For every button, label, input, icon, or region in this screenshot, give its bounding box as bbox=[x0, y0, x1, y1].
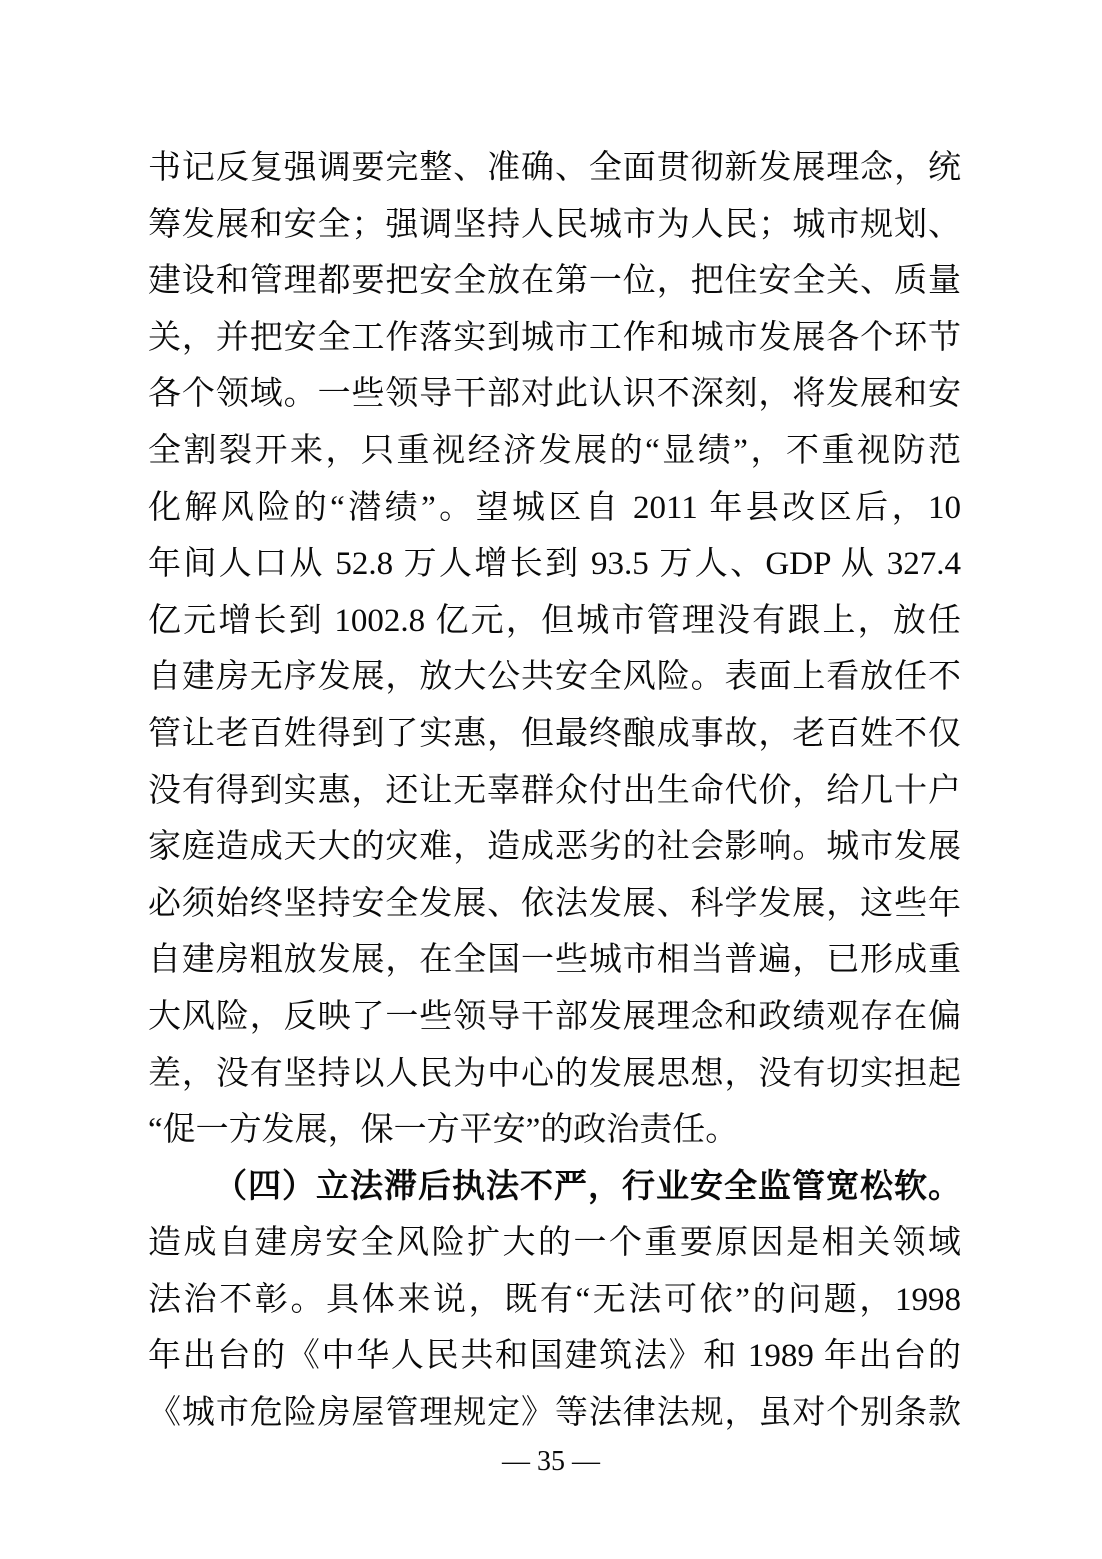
text-line: 法治不彰。具体来说，既有“无法可依”的问题，1998 bbox=[148, 1272, 961, 1329]
text-line: 没有得到实惠，还让无辜群众付出生命代价，给几十户 bbox=[148, 763, 961, 820]
text-line: 年间人口从 52.8 万人增长到 93.5 万人、GDP 从 327.4 bbox=[148, 536, 961, 593]
text-line: 自建房粗放发展，在全国一些城市相当普遍，已形成重 bbox=[148, 932, 961, 989]
page-number: — 35 — bbox=[502, 1446, 600, 1477]
text-line: 年出台的《中华人民共和国建筑法》和 1989 年出台的 bbox=[148, 1328, 961, 1385]
page-footer: — 35 — bbox=[0, 1448, 1102, 1476]
text-line: 家庭造成天大的灾难，造成恶劣的社会影响。城市发展 bbox=[148, 819, 961, 876]
text-line: “促一方发展，保一方平安”的政治责任。 bbox=[148, 1102, 961, 1159]
text-line: 书记反复强调要完整、准确、全面贯彻新发展理念，统 bbox=[148, 140, 961, 197]
text-line: 建设和管理都要把安全放在第一位，把住安全关、质量 bbox=[148, 253, 961, 310]
text-line: 筹发展和安全；强调坚持人民城市为人民；城市规划、 bbox=[148, 197, 961, 254]
text-line: 各个领域。一些领导干部对此认识不深刻，将发展和安 bbox=[148, 366, 961, 423]
section-heading: （四）立法滞后执法不严，行业安全监管宽松软。 bbox=[148, 1159, 961, 1216]
text-line: 《城市危险房屋管理规定》等法律法规，虽对个别条款 bbox=[148, 1385, 961, 1442]
document-page: 书记反复强调要完整、准确、全面贯彻新发展理念，统筹发展和安全；强调坚持人民城市为… bbox=[0, 0, 1102, 1559]
text-line: 差，没有坚持以人民为中心的发展思想，没有切实担起 bbox=[148, 1046, 961, 1103]
text-line: 关，并把安全工作落实到城市工作和城市发展各个环节 bbox=[148, 310, 961, 367]
text-line: 全割裂开来，只重视经济发展的“显绩”，不重视防范 bbox=[148, 423, 961, 480]
text-line: 必须始终坚持安全发展、依法发展、科学发展，这些年 bbox=[148, 876, 961, 933]
text-line: 化解风险的“潜绩”。望城区自 2011 年县改区后，10 bbox=[148, 480, 961, 537]
text-line: 管让老百姓得到了实惠，但最终酿成事故，老百姓不仅 bbox=[148, 706, 961, 763]
document-body: 书记反复强调要完整、准确、全面贯彻新发展理念，统筹发展和安全；强调坚持人民城市为… bbox=[148, 140, 961, 1442]
text-line: 大风险，反映了一些领导干部发展理念和政绩观存在偏 bbox=[148, 989, 961, 1046]
text-line: 亿元增长到 1002.8 亿元，但城市管理没有跟上，放任 bbox=[148, 593, 961, 650]
text-line: 造成自建房安全风险扩大的一个重要原因是相关领域 bbox=[148, 1215, 961, 1272]
text-line: 自建房无序发展，放大公共安全风险。表面上看放任不 bbox=[148, 649, 961, 706]
